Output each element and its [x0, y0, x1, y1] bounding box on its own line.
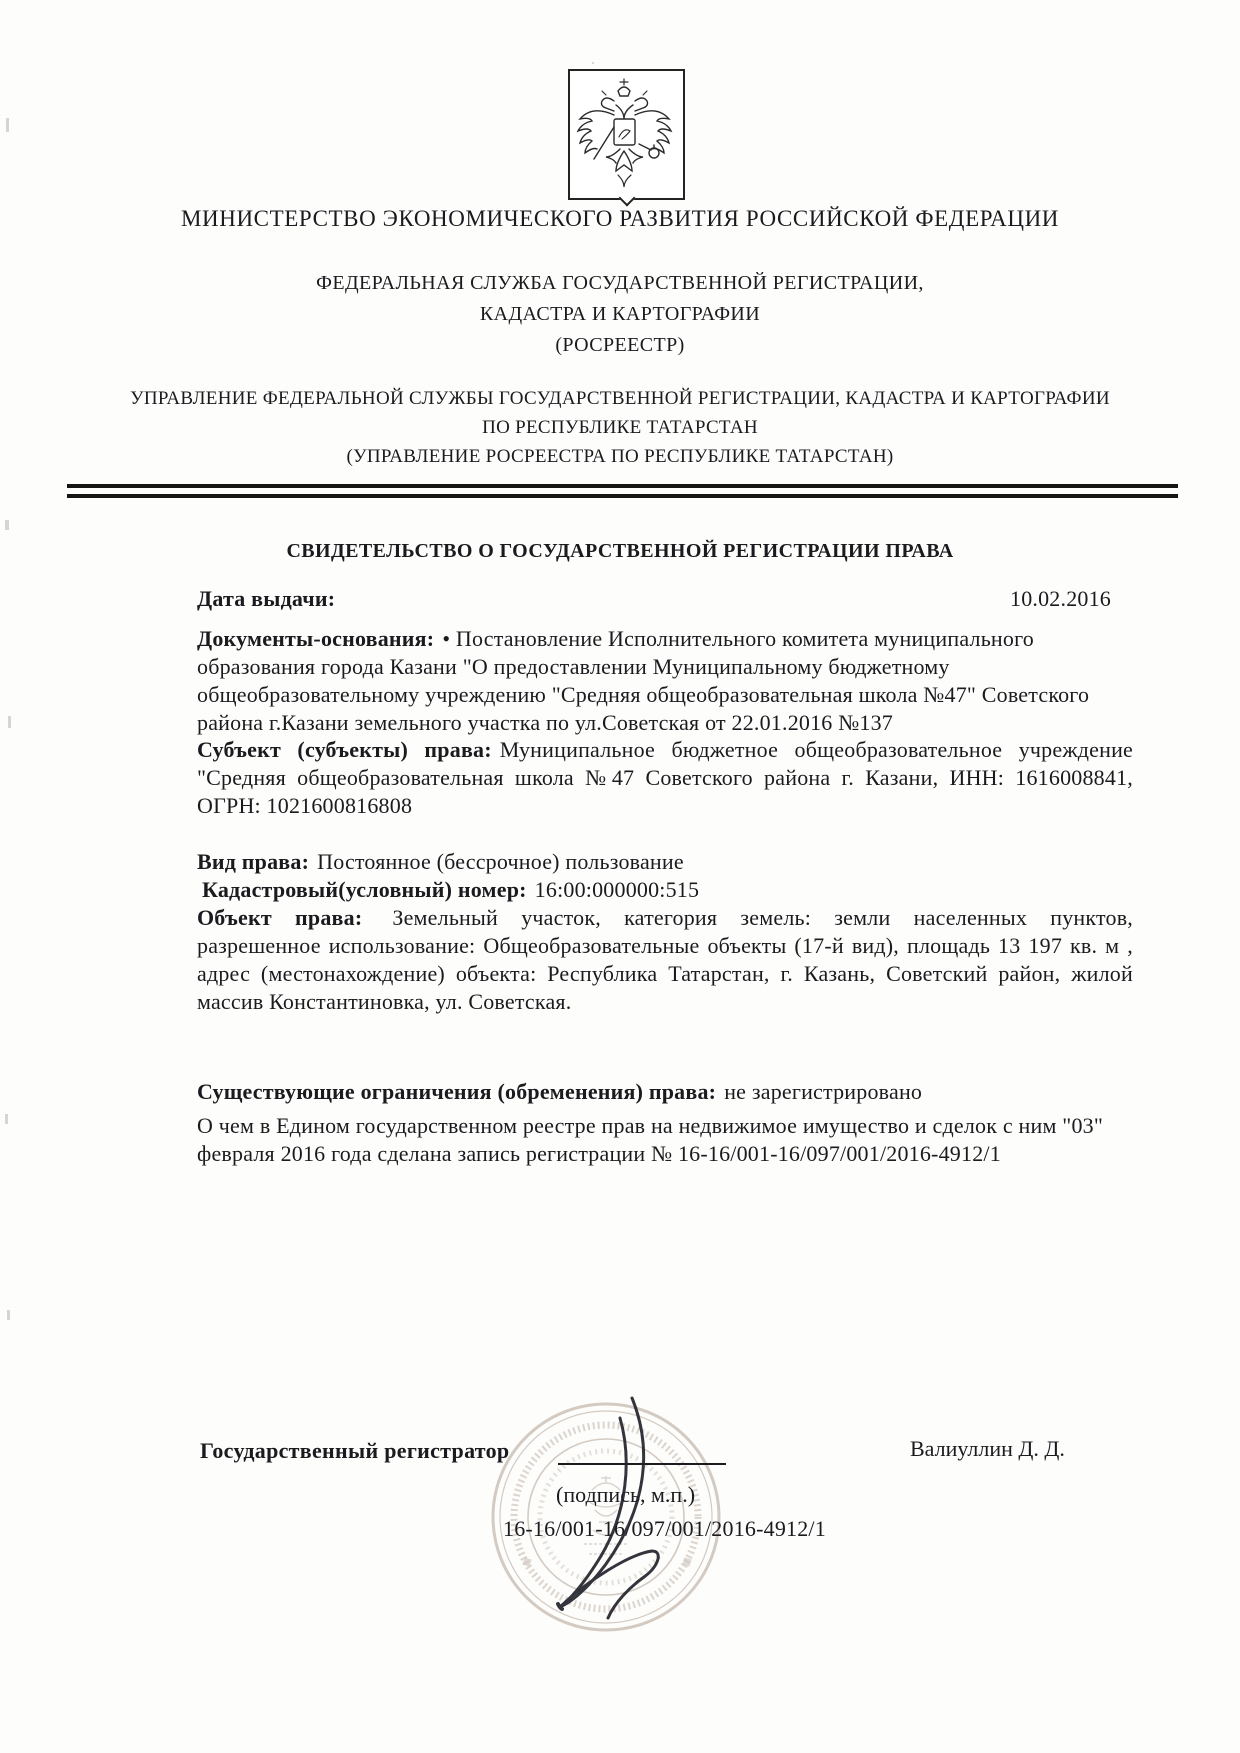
- right-type-label: Вид права:: [197, 849, 317, 874]
- federal-service-heading: ФЕДЕРАЛЬНАЯ СЛУЖБА ГОСУДАРСТВЕННОЙ РЕГИС…: [0, 268, 1240, 361]
- federal-service-line1: ФЕДЕРАЛЬНАЯ СЛУЖБА ГОСУДАРСТВЕННОЙ РЕГИС…: [0, 268, 1240, 299]
- regional-office-line1: УПРАВЛЕНИЕ ФЕДЕРАЛЬНОЙ СЛУЖБЫ ГОСУДАРСТВ…: [0, 384, 1240, 413]
- object-paragraph: Объект права:Земельный участок, категори…: [197, 904, 1133, 1016]
- coat-of-arms-frame: [568, 69, 685, 200]
- subject-label: Субъект (субъекты) права:: [197, 737, 500, 762]
- restrictions-value: не зарегистрировано: [724, 1079, 922, 1104]
- certificate-page: МИНИСТЕРСТВО ЭКОНОМИЧЕСКОГО РАЗВИТИЯ РОС…: [0, 0, 1240, 1753]
- scan-artifact: [6, 118, 9, 132]
- documents-label: Документы-основания:: [197, 626, 442, 651]
- scan-artifact: [5, 1114, 8, 1124]
- double-headed-eagle-icon: [570, 71, 679, 194]
- certificate-title: СВИДЕТЕЛЬСТВО О ГОСУДАРСТВЕННОЙ РЕГИСТРА…: [0, 540, 1240, 563]
- subject-paragraph: Субъект (субъекты) права:Муниципальное б…: [197, 736, 1133, 820]
- issue-date-value: 10.02.2016: [1010, 585, 1133, 613]
- documents-paragraph: Документы-основания:• Постановление Испо…: [197, 625, 1133, 737]
- cadastral-value: 16:00:000000:515: [535, 877, 700, 902]
- registrar-label: Государственный регистратор: [200, 1438, 509, 1464]
- regional-office-line2: ПО РЕСПУБЛИКЕ ТАТАРСТАН: [0, 413, 1240, 442]
- issue-date-row: Дата выдачи: 10.02.2016: [197, 585, 1133, 613]
- object-label: Объект права:: [197, 905, 392, 930]
- divider-rule-bottom: [67, 494, 1178, 498]
- divider-rule-top: [67, 484, 1178, 488]
- scan-artifact: [8, 716, 11, 728]
- issue-date-label: Дата выдачи:: [197, 585, 335, 613]
- federal-service-line3: (РОСРЕЕСТР): [0, 330, 1240, 361]
- scan-artifact: [5, 520, 9, 530]
- scan-artifact: [592, 62, 594, 64]
- regional-office-heading: УПРАВЛЕНИЕ ФЕДЕРАЛЬНОЙ СЛУЖБЫ ГОСУДАРСТВ…: [0, 384, 1240, 471]
- registration-record-paragraph: О чем в Едином государственном реестре п…: [197, 1112, 1133, 1168]
- registrar-name: Валиуллин Д. Д.: [910, 1436, 1065, 1462]
- regional-office-line3: (УПРАВЛЕНИЕ РОСРЕЕСТРА ПО РЕСПУБЛИКЕ ТАТ…: [0, 442, 1240, 471]
- handwritten-signature: [480, 1390, 770, 1650]
- federal-service-line2: КАДАСТРА И КАРТОГРАФИИ: [0, 299, 1240, 330]
- restrictions-label: Существующие ограничения (обременения) п…: [197, 1079, 724, 1104]
- restrictions-row: Существующие ограничения (обременения) п…: [197, 1078, 1133, 1106]
- right-type-value: Постоянное (бессрочное) пользование: [317, 849, 684, 874]
- cadastral-number-row: Кадастровый(условный) номер:16:00:000000…: [197, 876, 1138, 904]
- scan-artifact: [7, 1310, 10, 1320]
- right-type-row: Вид права:Постоянное (бессрочное) пользо…: [197, 848, 1133, 876]
- ministry-heading: МИНИСТЕРСТВО ЭКОНОМИЧЕСКОГО РАЗВИТИЯ РОС…: [0, 206, 1240, 232]
- cadastral-label: Кадастровый(условный) номер:: [202, 877, 535, 902]
